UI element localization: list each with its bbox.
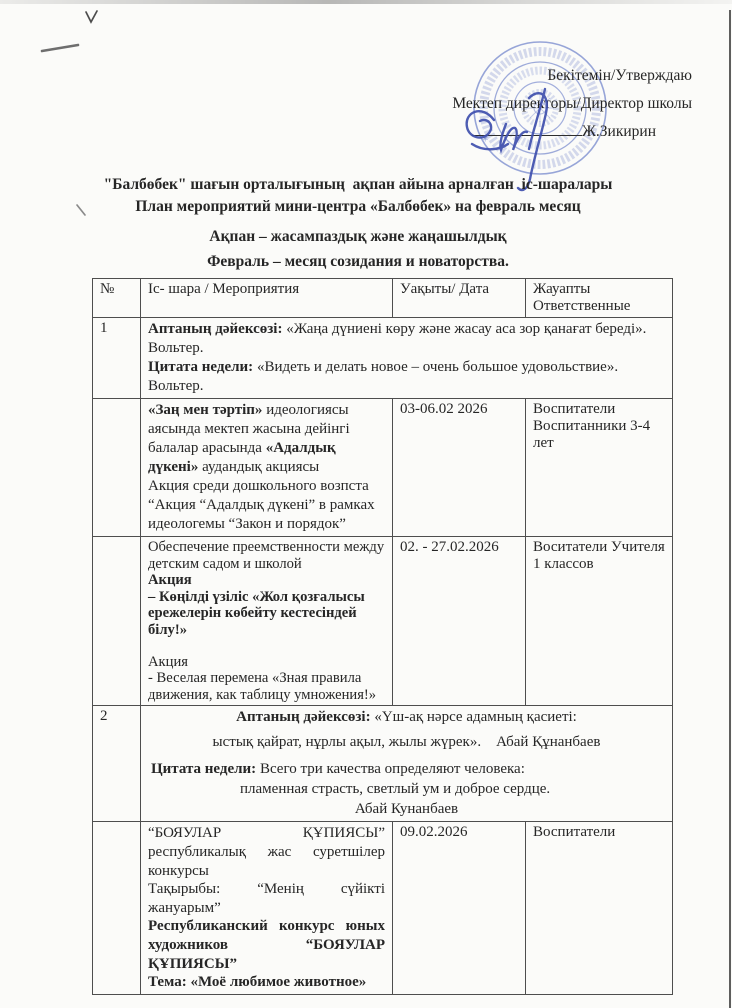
scan-edge-artifact-top [0,0,732,4]
quote-2-kk-line1: Аптаның дәйексөзі: «Үш-ақ нәрсе адамның … [148,708,665,727]
event-a-description: «Заң мен тәртіп» идеологиясы аясында мек… [141,399,393,537]
event-b-kk-text: – Көңілді үзіліс «Жол қозғалысы ережелер… [148,589,385,639]
event-b-date: 02. - 27.02.2026 [393,537,526,706]
scanned-document-page: ✶ ✶ Бекітемін/Утверждаю Мектеп директоры… [0,0,732,1008]
plan-title-kk: "Балбөбек" шағын орталығының ақпан айына… [0,176,716,194]
pen-dash-mark [42,45,78,51]
header-date: Уақыты/ Дата [393,279,526,318]
row-number: 2 [93,706,141,822]
plan-title-ru: План мероприятий мини-центра «Балбөбек» … [0,198,716,216]
quote-1-ru: Цитата недели: «Видеть и делать новое – … [148,358,665,396]
quote-2-ru-line2: пламенная страсть, светлый ум и доброе с… [240,780,665,799]
signature-row: Ж.Зикирин [452,118,692,146]
pen-tick-mark [86,11,97,22]
event-b-ru-label: Акция [148,654,385,671]
approval-line: Бекітемін/Утверждаю [452,62,692,90]
event-c-kk-title: “БОЯУЛАР ҚҰПИЯСЫ” [148,824,385,843]
signature-underline [472,134,582,136]
week-quote-2: Аптаның дәйексөзі: «Үш-ақ нәрсе адамның … [141,706,673,822]
event-b-kk-label: Акция [148,572,385,589]
signer-name: Ж.Зикирин [582,123,656,140]
event-c-kk-theme: Тақырыбы: “Менің сүйікті жануарым” [148,880,385,917]
scan-edge-artifact-right [729,10,732,1008]
header-responsible: Жауапты Ответственные [526,279,673,318]
event-c-responsible: Воспитатели [526,822,673,994]
event-c-description: “БОЯУЛАР ҚҰПИЯСЫ” республикалық жас суре… [141,822,393,994]
events-table: № Іс- шара / Мероприятия Уақыты/ Дата Жа… [92,278,673,995]
header-num: № [93,279,141,318]
approval-block: Бекітемін/Утверждаю Мектеп директоры/Дир… [452,62,692,146]
event-row-akciya: Обеспечение преемственности между детски… [93,537,673,706]
director-line: Мектеп директоры/Директор школы [452,90,692,118]
header-event: Іс- шара / Мероприятия [141,279,393,318]
week-quote-row-1: 1 Аптаның дәйексөзі: «Жаңа дүниені көру … [93,318,673,399]
month-motto-kk: Ақпан – жасампаздық және жаңашылдық [0,228,716,246]
table-header-row: № Іс- шара / Мероприятия Уақыты/ Дата Жа… [93,279,673,318]
event-b-intro: Обеспечение преемственности между детски… [148,539,385,572]
event-c-date: 09.02.2026 [393,822,526,994]
quote-2-ru-line1: Цитата недели: Всего три качества опреде… [151,760,665,779]
row-number: 1 [93,318,141,399]
event-a-responsible: Воспитатели Воспитанники 3-4 лет [526,399,673,537]
event-row-boyaular: “БОЯУЛАР ҚҰПИЯСЫ” республикалық жас суре… [93,822,673,994]
event-c-kk-text: республикалық жас суретшілер конкурсы [148,843,385,880]
event-b-description: Обеспечение преемственности между детски… [141,537,393,706]
quote-2-author: Абай Кунанбаев [148,800,665,819]
header-responsible-ru: Ответственные [533,298,665,315]
header-responsible-kk: Жауапты [533,281,665,298]
quote-1-kk: Аптаның дәйексөзі: «Жаңа дүниені көру жә… [148,320,665,358]
week-quote-row-2: 2 Аптаның дәйексөзі: «Үш-ақ нәрсе адамны… [93,706,673,822]
month-motto-ru: Февраль – месяц созидания и новаторства. [0,253,716,271]
event-a-description-ru: Акция среди дошкольного возпста “Акция “… [148,477,385,534]
quote-2-kk-line2: ыстық қайрат, нұрлы ақыл, жылы жүрек». А… [148,733,665,752]
event-c-ru-theme: Тема: «Моё любимое животное» [148,973,385,992]
event-a-date: 03-06.02 2026 [393,399,526,537]
week-quote-1: Аптаның дәйексөзі: «Жаңа дүниені көру жә… [141,318,673,399]
event-b-responsible: Воситатели Учителя 1 классов [526,537,673,706]
event-c-ru-text: Республиканский конкурс юных художников … [148,917,385,973]
event-b-ru-text: - Веселая перемена «Зная правила движени… [148,670,385,703]
event-row-adaldyk: «Заң мен тәртіп» идеологиясы аясында мек… [93,399,673,537]
